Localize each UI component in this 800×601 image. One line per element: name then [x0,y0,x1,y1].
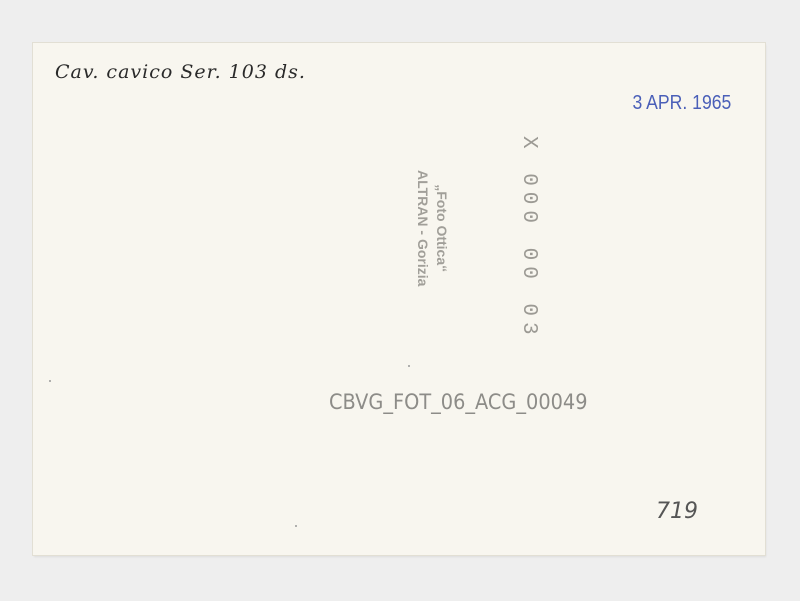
dust-speck [49,380,51,382]
dust-speck [295,525,297,527]
photo-back-card: Cav. cavico Ser. 103 ds. 3 APR. 1965 X 0… [33,43,765,555]
photo-studio-stamp: „Foto Ottica“ ALTRAN - Gorizia [413,170,451,286]
handwritten-caption: Cav. cavico Ser. 103 ds. [55,61,306,83]
page-number: 719 [656,499,698,524]
serial-number-stamp: X 000 00 03 [517,136,540,341]
studio-stamp-location: ALTRAN - Gorizia [413,170,432,286]
dust-speck [408,365,410,367]
archive-inventory-code: CBVG_FOT_06_ACG_00049 [329,390,587,414]
date-stamp: 3 APR. 1965 [632,92,731,115]
studio-stamp-name: „Foto Ottica“ [432,170,451,286]
